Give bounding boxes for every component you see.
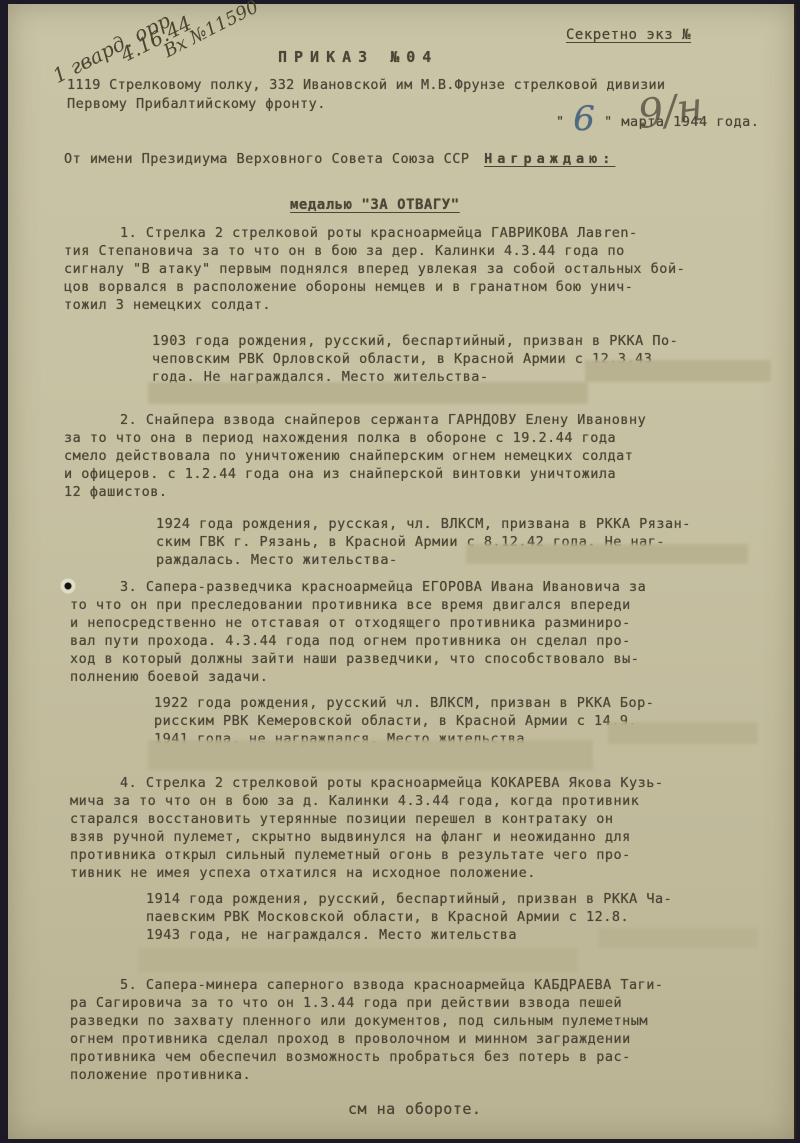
entry-line: противника открыл сильный пулеметный ого… <box>70 846 770 864</box>
redaction-block <box>148 382 588 404</box>
entry-line: 4. Стрелка 2 стрелковой роты красноармей… <box>70 774 770 792</box>
entry-line: смело действовала по уничтожению снайпер… <box>64 447 764 465</box>
entry-line: сигналу "В атаку" первым поднялся вперед… <box>64 260 764 278</box>
award-word: Награждаю: <box>484 151 615 167</box>
entry-line: за то что она в период нахождения полка … <box>64 429 764 447</box>
award-entry-4: 4. Стрелка 2 стрелковой роты красноармей… <box>70 774 770 882</box>
entry-line: 5. Сапера-минера саперного взвода красно… <box>70 976 770 994</box>
entry-line: 12 фашистов. <box>64 483 764 501</box>
entry-line: тожил 3 немецких солдат. <box>64 296 764 314</box>
bio-line: паевским РВК Московской области, в Красн… <box>146 908 766 926</box>
redaction-block <box>585 360 771 382</box>
redaction-block <box>608 722 758 744</box>
award-entry-2: 2. Снайпера взвода снайперов сержанта ГА… <box>64 411 764 501</box>
entry-line: мича за то что он в бою за д. Калинки 4.… <box>70 792 770 810</box>
entry-line: вал пути прохода. 4.3.44 года под огнем … <box>70 632 770 650</box>
redaction-block <box>138 948 578 972</box>
award-entry-1: 1. Стрелка 2 стрелковой роты красноармей… <box>64 224 764 314</box>
award-entry-5: 5. Сапера-минера саперного взвода красно… <box>70 976 770 1084</box>
bio-line: 1914 года рождения, русский, беспартийны… <box>146 890 766 908</box>
medal-heading: медалью "ЗА ОТВАГУ" <box>290 196 460 214</box>
entry-line: взяв ручной пулемет, скрытно выдвинулся … <box>70 828 770 846</box>
entry-line: противника чем обеспечил возможность про… <box>70 1048 770 1066</box>
entry-line: положение противника. <box>70 1066 770 1084</box>
entry-line: тивник не имея успеха отхатился на исход… <box>70 864 770 882</box>
order-title: ПРИКАЗ №04 <box>278 48 438 66</box>
entry-line: ра Сагировича за то что он 1.3.44 года п… <box>70 994 770 1012</box>
preamble: От имени Президиума Верховного Совета Со… <box>64 150 615 168</box>
entry-line: разведки по захвату пленного или докумен… <box>70 1012 770 1030</box>
date-day-handwritten: 6 <box>573 99 595 139</box>
entry-line: огнем противника сделал проход в проволо… <box>70 1030 770 1048</box>
date-quote: " <box>556 114 565 130</box>
unit-line-1: 1119 Стрелковому полку, 332 Ивановской и… <box>67 76 665 94</box>
entry-line: 2. Снайпера взвода снайперов сержанта ГА… <box>64 411 764 429</box>
entry-line: старался восстановить утерянные позиции … <box>70 810 770 828</box>
unit-line-2: Первому Прибалтийскому фронту. <box>67 95 326 113</box>
entry-line: ход в который должны зайти наши разведчи… <box>70 650 770 668</box>
entry-line: и непосредственно не отставая от отходящ… <box>70 614 770 632</box>
entry-line: и офицеров. с 1.2.44 года она из снайпер… <box>64 465 764 483</box>
entry-line: 1. Стрелка 2 стрелковой роты красноармей… <box>64 224 764 242</box>
see-reverse-note: см на обороте. <box>348 1100 481 1118</box>
entry-line: цов ворвался в расположение обороны немц… <box>64 278 764 296</box>
bio-line: 1903 года рождения, русский, беспартийны… <box>152 332 772 350</box>
preamble-text: От имени Президиума Верховного Совета Со… <box>64 151 470 167</box>
redaction-block <box>466 544 748 564</box>
pencil-order-number: 9/н <box>635 84 706 139</box>
entry-line: полнению боевой задачи. <box>70 668 770 686</box>
secret-mark: Секретно экз № <box>566 26 691 44</box>
award-entry-3: 3. Сапера-разведчика красноармейца ЕГОРО… <box>70 578 770 686</box>
bio-line: 1924 года рождения, русская, чл. ВЛКСМ, … <box>156 515 776 533</box>
entry-line: 3. Сапера-разведчика красноармейца ЕГОРО… <box>70 578 770 596</box>
bio-line: 1922 года рождения, русский чл. ВЛКСМ, п… <box>154 694 774 712</box>
redaction-block <box>148 740 593 770</box>
redaction-block <box>598 928 758 948</box>
entry-line: то что он при преследовании противника в… <box>70 596 770 614</box>
document-page: 1 гвард. орр 4.16.44 Вх №11590 Секретно … <box>8 4 796 1139</box>
entry-line: тия Степановича за то что он в бою за де… <box>64 242 764 260</box>
